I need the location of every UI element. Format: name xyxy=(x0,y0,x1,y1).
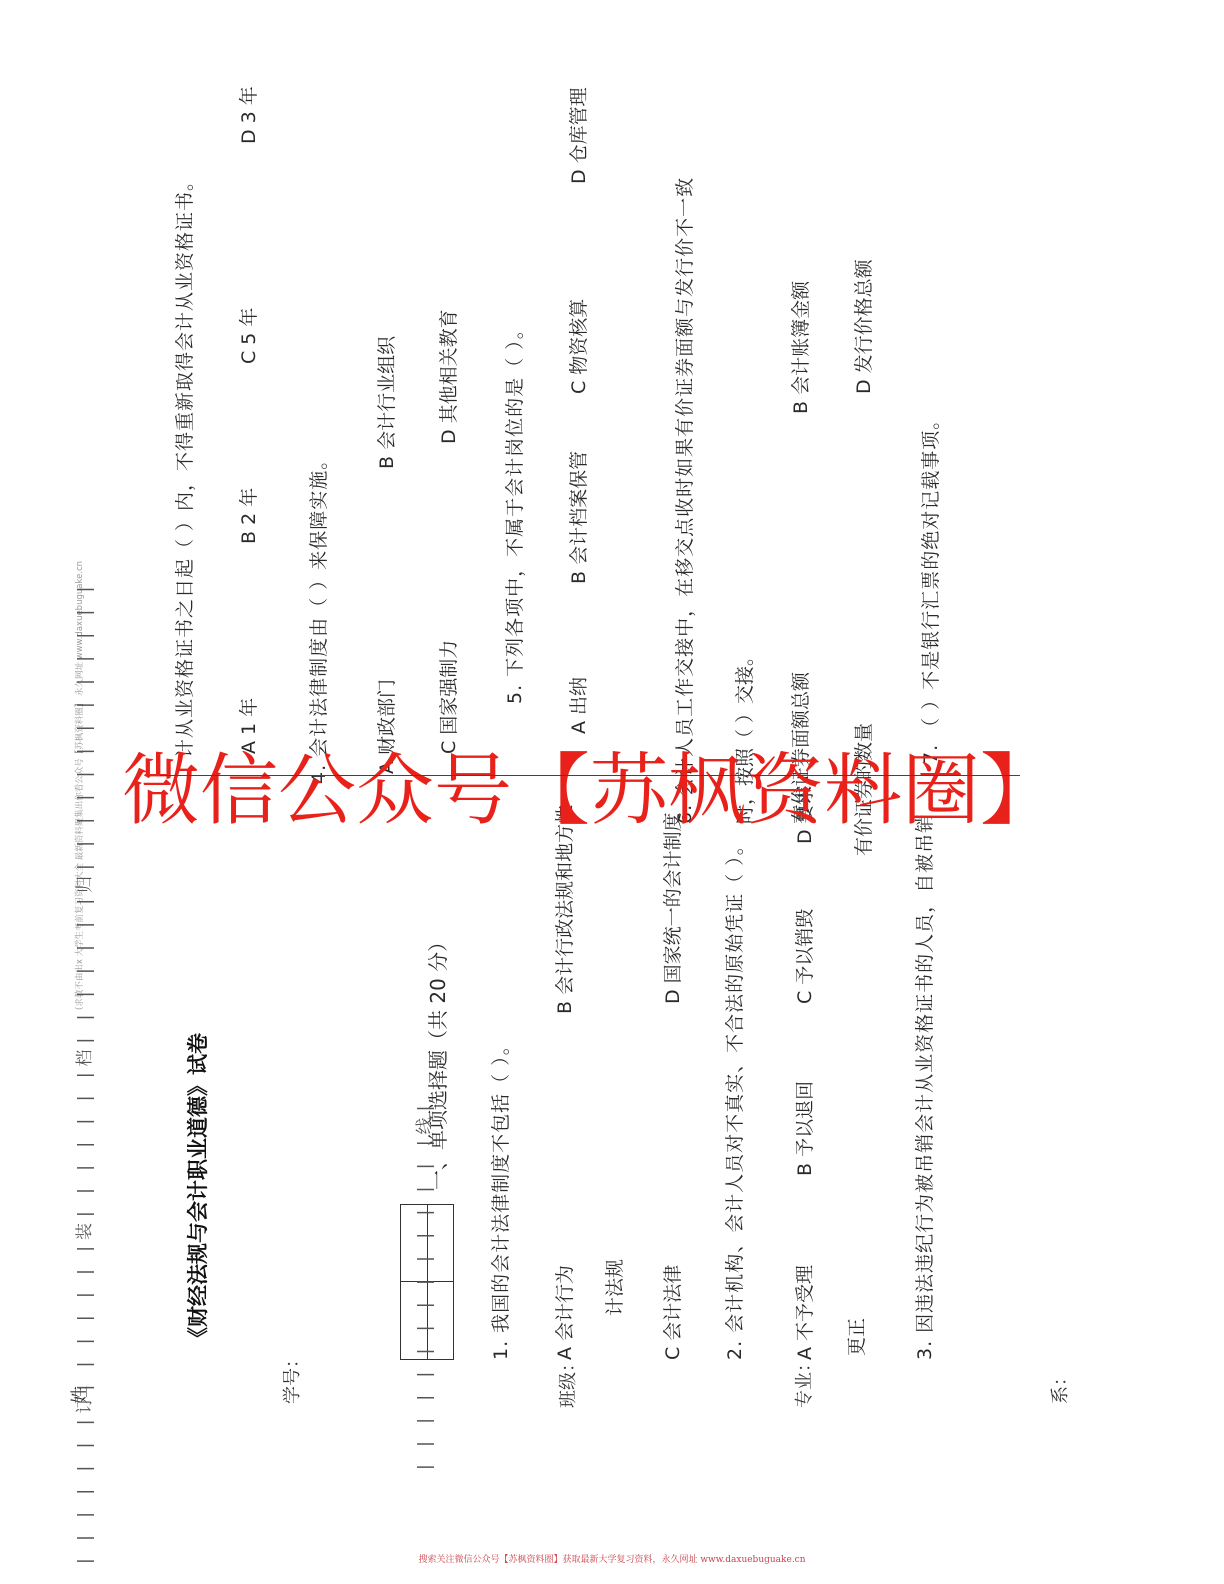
watermark-strike-line xyxy=(160,775,1020,776)
q5-stem: 5. 下列各项中，不属于会计岗位的是（ ）。 xyxy=(506,319,525,704)
q2-option-b: B 予以退回 xyxy=(796,1081,815,1176)
watermark: 微信公众号【苏枫资料圈】 xyxy=(122,728,1058,840)
q4-option-b: B 会计行业组织 xyxy=(378,336,397,469)
q1-option-a: A 会计行为 xyxy=(556,1265,575,1360)
q2-option-a: A 不予受理 xyxy=(796,1265,815,1360)
q1-stem: 1. 我国的会计法律制度不包括（ ）。 xyxy=(492,1035,511,1360)
q6-stem: 6. 会计人员工作交接中，在移交点收时如果有价证券面额与发行价不一致 xyxy=(676,177,695,824)
q6-option-d: D 发行价格总额 xyxy=(855,259,874,394)
q3-option-c: C 5 年 xyxy=(240,308,259,364)
page-title: 《财经法规与会计职业道德》试卷 xyxy=(188,1033,209,1348)
q3-option-d: D 3 年 xyxy=(240,86,259,144)
q6-option-b: B 会计账簿金额 xyxy=(792,281,811,414)
q5-option-d: D 仓库管理 xyxy=(570,87,589,184)
label-department: 系： xyxy=(1052,1368,1070,1404)
q2-option-a-cont: 更正 xyxy=(848,1318,867,1356)
q2-option-c: C 予以销毁 xyxy=(796,909,815,1004)
binding-line-row2: | | | | | | |订| | | | | | |装| | | | | | … xyxy=(70,581,95,1564)
q3-option-b: B 2 年 xyxy=(240,488,259,544)
q1-option-c: C 会计法律 xyxy=(664,1265,683,1360)
label-major: 专业： xyxy=(796,1354,814,1408)
q3-stem-cont: 计从业资格证书之日起（ ）内，不得重新取得会计从业资格证书。 xyxy=(176,171,195,758)
q4-option-d: D 其他相关教育 xyxy=(440,309,459,444)
q5-option-b: B 会计档案保管 xyxy=(570,451,589,584)
q5-option-c: C 物资核算 xyxy=(570,299,589,394)
binding-line-row1: | | | | | | | | | | | | | | |线| xyxy=(410,1100,435,1470)
q2-stem: 2. 会计机构、会计人员对不真实、不合法的原始凭证（ ）。 xyxy=(726,835,745,1360)
label-class: 班级： xyxy=(560,1354,578,1408)
q7-stem: 7. （ ）不是银行汇票的绝对记载事项。 xyxy=(922,410,941,764)
label-student-id: 学号： xyxy=(284,1350,302,1404)
q1-option-d: D 国家统一的会计制度 xyxy=(664,812,683,1004)
q5-option-a: A 出纳 xyxy=(570,677,589,734)
footer-note: 搜索关注微信公众号【苏枫资料圈】获取最新大学复习资料，永久网址 www.daxu… xyxy=(0,1552,1224,1565)
q1-option-a-cont: 计法规 xyxy=(606,1259,625,1316)
q3-stem: 3. 因违法违纪行为被吊销会计从业资格证书的人员，自被吊销 xyxy=(916,813,935,1360)
